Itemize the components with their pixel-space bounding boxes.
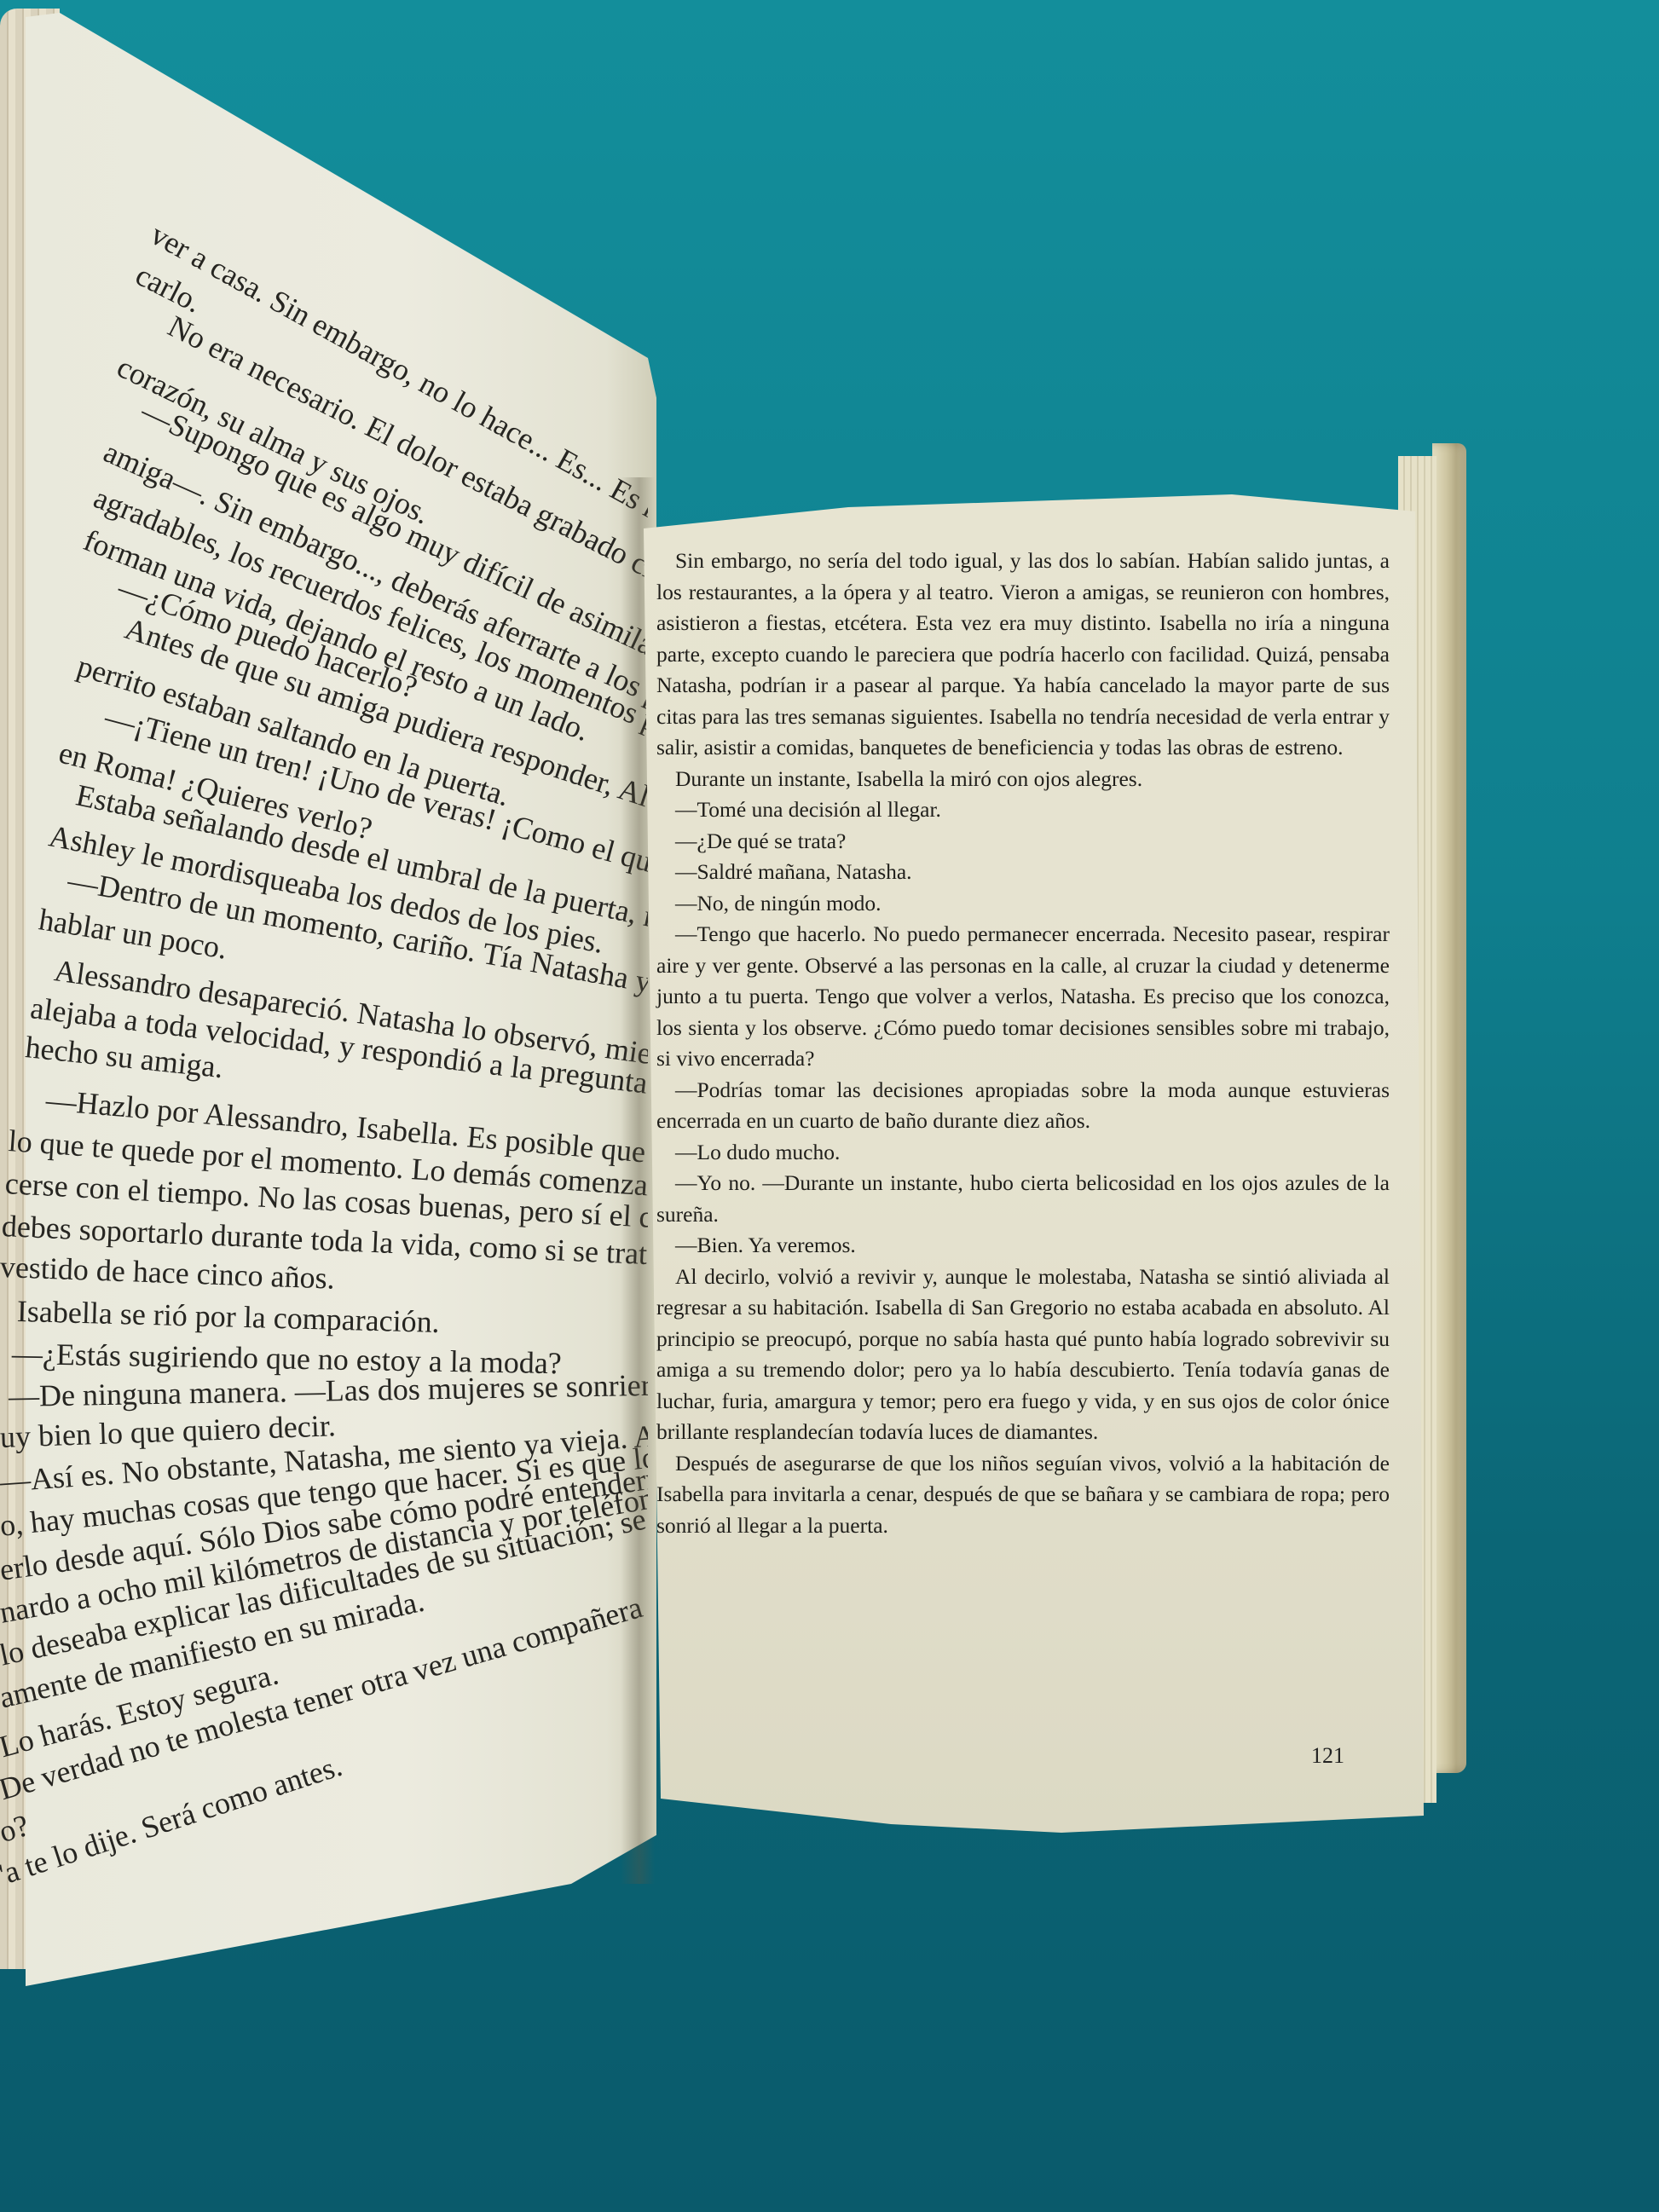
- paragraph: Al decirlo, volvió a revivir y, aunque l…: [656, 1262, 1390, 1448]
- paragraph: —Saldré mañana, Natasha.: [656, 857, 1390, 888]
- right-page-block: Sin embargo, no sería del todo igual, y …: [635, 443, 1454, 1892]
- paragraph: —Podrías tomar las decisiones apropiadas…: [656, 1075, 1390, 1137]
- paragraph: —Yo no. —Durante un instante, hubo ciert…: [656, 1168, 1390, 1230]
- paragraph: Después de asegurarse de que los niños s…: [656, 1448, 1390, 1542]
- left-page-text: ver a casa. Sin embargo, no lo hace... E…: [0, 0, 648, 1986]
- paragraph: —No, de ningún modo.: [656, 888, 1390, 920]
- paragraph: —Bien. Ya veremos.: [656, 1230, 1390, 1262]
- paragraph: —Lo dudo mucho.: [656, 1137, 1390, 1169]
- paragraph: —Tengo que hacerlo. No puedo permanecer …: [656, 919, 1390, 1075]
- paragraph: Durante un instante, Isabella la miró co…: [656, 764, 1390, 795]
- book-cover-edge: [1432, 443, 1466, 1773]
- left-line: o?: [0, 1808, 32, 1849]
- right-page-text: Sin embargo, no sería del todo igual, y …: [656, 546, 1390, 1541]
- paragraph: —Tomé una decisión al llegar.: [656, 794, 1390, 826]
- paragraph: Sin embargo, no sería del todo igual, y …: [656, 546, 1390, 764]
- photo-scene: ver a casa. Sin embargo, no lo hace... E…: [0, 0, 1659, 2212]
- left-line: vestido de hace cinco años.: [0, 1250, 335, 1296]
- left-line: Isabella se rió por la comparación.: [16, 1294, 440, 1339]
- paragraph: —¿De qué se trata?: [656, 826, 1390, 858]
- page-number: 121: [1311, 1743, 1344, 1769]
